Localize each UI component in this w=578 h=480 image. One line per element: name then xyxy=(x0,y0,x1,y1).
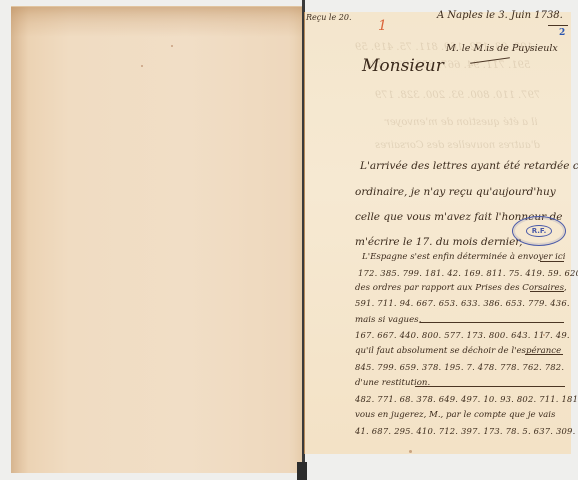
bleed-through-text: il a été question de m'envoyer xyxy=(385,117,538,128)
cipher-line-6: 41. 687. 295. 410. 712. 397. 173. 78. 5.… xyxy=(355,426,575,436)
document-viewer: 192. 93. 172. 169. 811. 75. 419. 59 591.… xyxy=(0,0,578,480)
left-page-blank xyxy=(11,6,303,473)
line-dash xyxy=(525,354,563,355)
date-line: A Naples le 3. Juin 1738. xyxy=(437,10,563,21)
bleed-through-text: 797. 110. 800. 93. 200. 328. 179 xyxy=(375,90,540,101)
recipient-line: M. le M.is de Puysieulx xyxy=(446,43,558,54)
archive-stamp: R.F. xyxy=(512,216,566,246)
date-underline xyxy=(548,25,568,26)
letter-line-4: m'écrire le 17. du mois dernier, xyxy=(355,236,523,248)
paper-stain xyxy=(409,450,412,453)
letter-line-1: L'arrivée des lettres ayant été retardée… xyxy=(360,160,578,172)
cipher-line-2: 591. 711. 94. 667. 653. 633. 386. 653. 7… xyxy=(355,298,570,308)
cipher-line-3: 167. 667. 440. 800. 577. 173. 800. 643. … xyxy=(355,330,570,340)
letter-line-2: ordinaire, je n'ay reçu qu'aujourd'huy xyxy=(355,186,556,198)
paper-stain xyxy=(171,45,173,47)
stamp-text: R.F. xyxy=(526,225,553,237)
bleed-through-text: d'autres nouvelles des Corsaires xyxy=(375,140,540,151)
book-spine-base xyxy=(297,462,307,480)
cipher-line-1: 172. 385. 799. 181. 42. 169. 811. 75. 41… xyxy=(358,268,578,278)
line-dash xyxy=(540,261,564,262)
red-pencil-mark: 1 xyxy=(378,18,387,34)
letter-line-7: mais si vagues, xyxy=(355,315,421,325)
paper-stain xyxy=(141,65,143,67)
cipher-line-4: 845. 799. 659. 378. 195. 7. 478. 778. 76… xyxy=(355,362,564,372)
cipher-line-5: 482. 771. 68. 378. 649. 497. 10. 93. 802… xyxy=(355,394,578,404)
letter-line-5: L'Espagne s'est enfin déterminée à envoy… xyxy=(362,252,565,262)
letter-line-10: vous en jugerez, M., par le compte que j… xyxy=(355,410,555,420)
received-note: Reçu le 20. xyxy=(306,13,352,22)
folio-number: 2 xyxy=(559,28,565,38)
line-dash xyxy=(530,291,564,292)
line-dash xyxy=(420,322,564,323)
line-dash xyxy=(415,386,565,387)
salutation: Monsieur xyxy=(362,56,444,76)
